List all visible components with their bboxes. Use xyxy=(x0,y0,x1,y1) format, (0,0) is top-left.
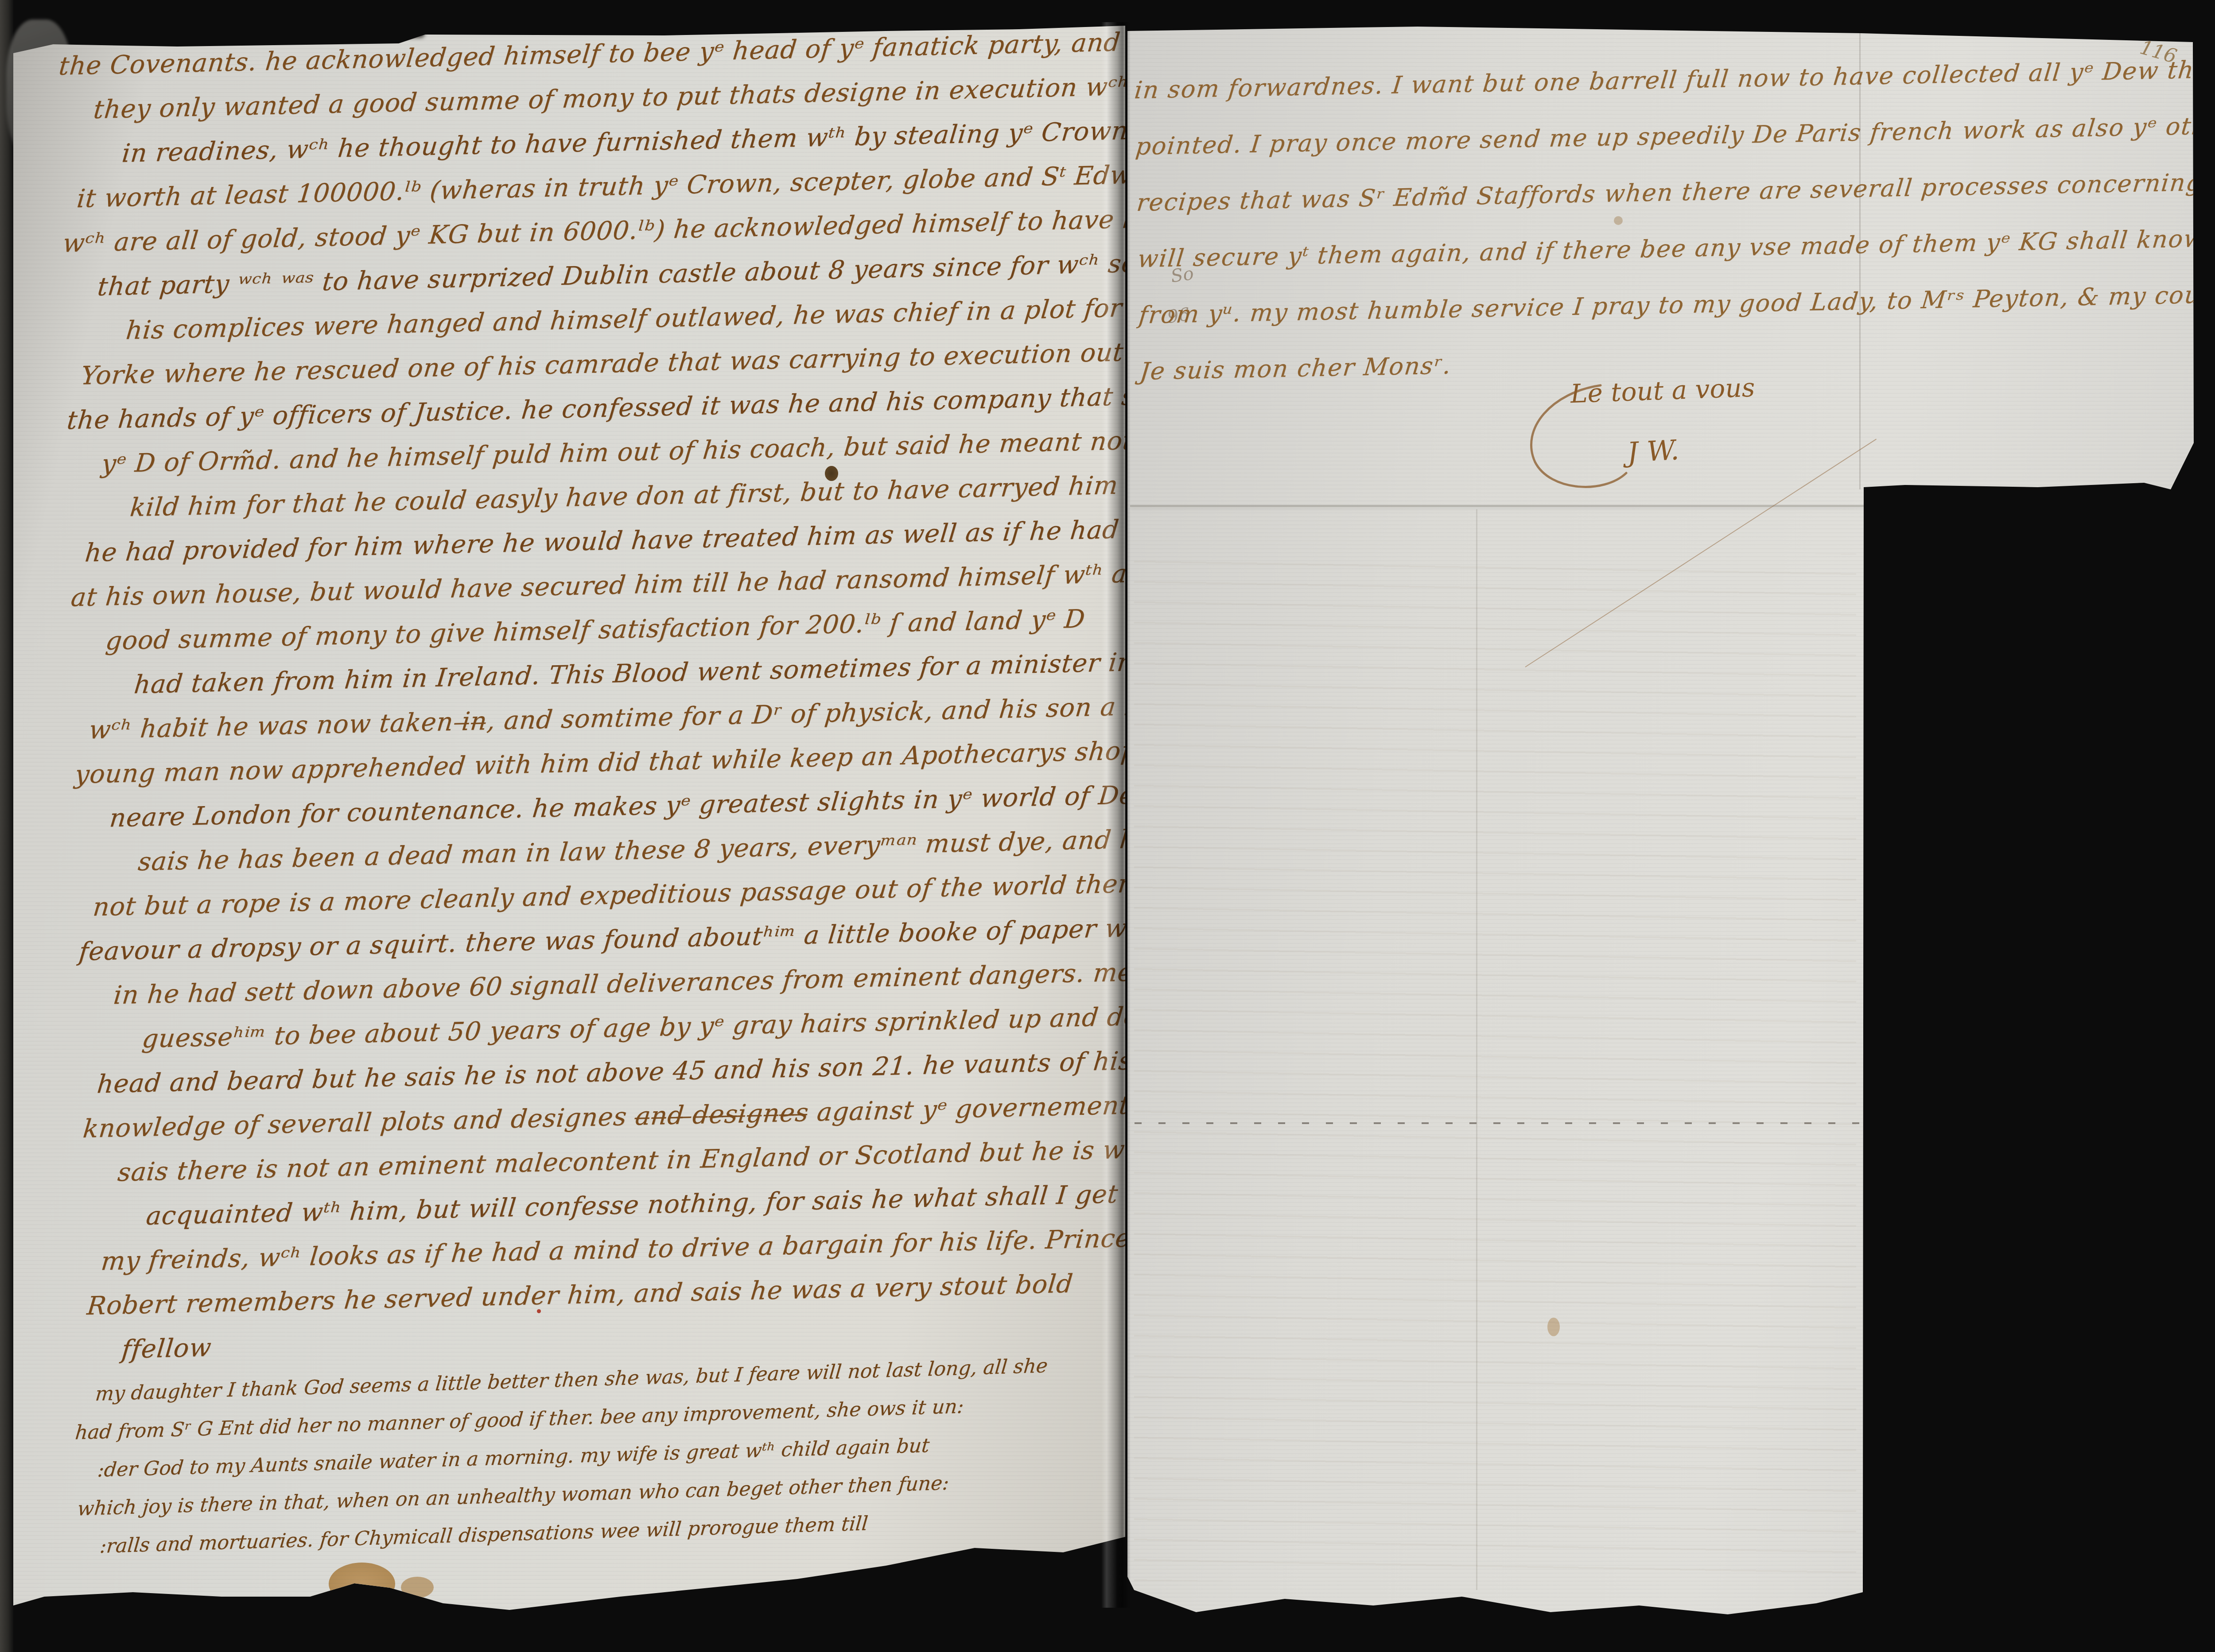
fold-crease-dashed xyxy=(1135,1122,1861,1124)
stain xyxy=(329,1563,395,1605)
closing-salutation: Le tout a vous xyxy=(1570,372,1756,409)
catchword: yᵘ are — xyxy=(910,1559,1002,1586)
red-speck xyxy=(537,1309,541,1313)
fold-crease-horizontal xyxy=(1130,505,2192,507)
fold-crease-vertical xyxy=(1476,509,1477,1590)
right-page: 116 So 96 in som forwardnes. I want but … xyxy=(1127,18,2199,1625)
fold-crease-flap xyxy=(1859,31,1861,489)
stain xyxy=(401,1577,434,1598)
left-page: the Covenants. he acknowledged himself t… xyxy=(12,24,1127,1628)
left-page-postscript-block: my daughter I thank God seems a little b… xyxy=(66,1345,1117,1567)
right-page-text-block: in som forwardnes. I want but one barrel… xyxy=(1134,42,2201,399)
ink-blot xyxy=(825,466,838,481)
book-edge-strip xyxy=(0,0,13,1652)
top-edge-stain xyxy=(26,24,424,38)
gutter-shadow xyxy=(1101,22,1131,1608)
stain xyxy=(1614,216,1623,225)
left-page-text-block: the Covenants. he acknowledged himself t… xyxy=(53,20,1146,1373)
show-through-texture xyxy=(1134,554,1856,1581)
stain xyxy=(1547,1318,1560,1336)
document-scan: the Covenants. he acknowledged himself t… xyxy=(0,0,2215,1652)
signature: J W. xyxy=(1626,434,1680,469)
